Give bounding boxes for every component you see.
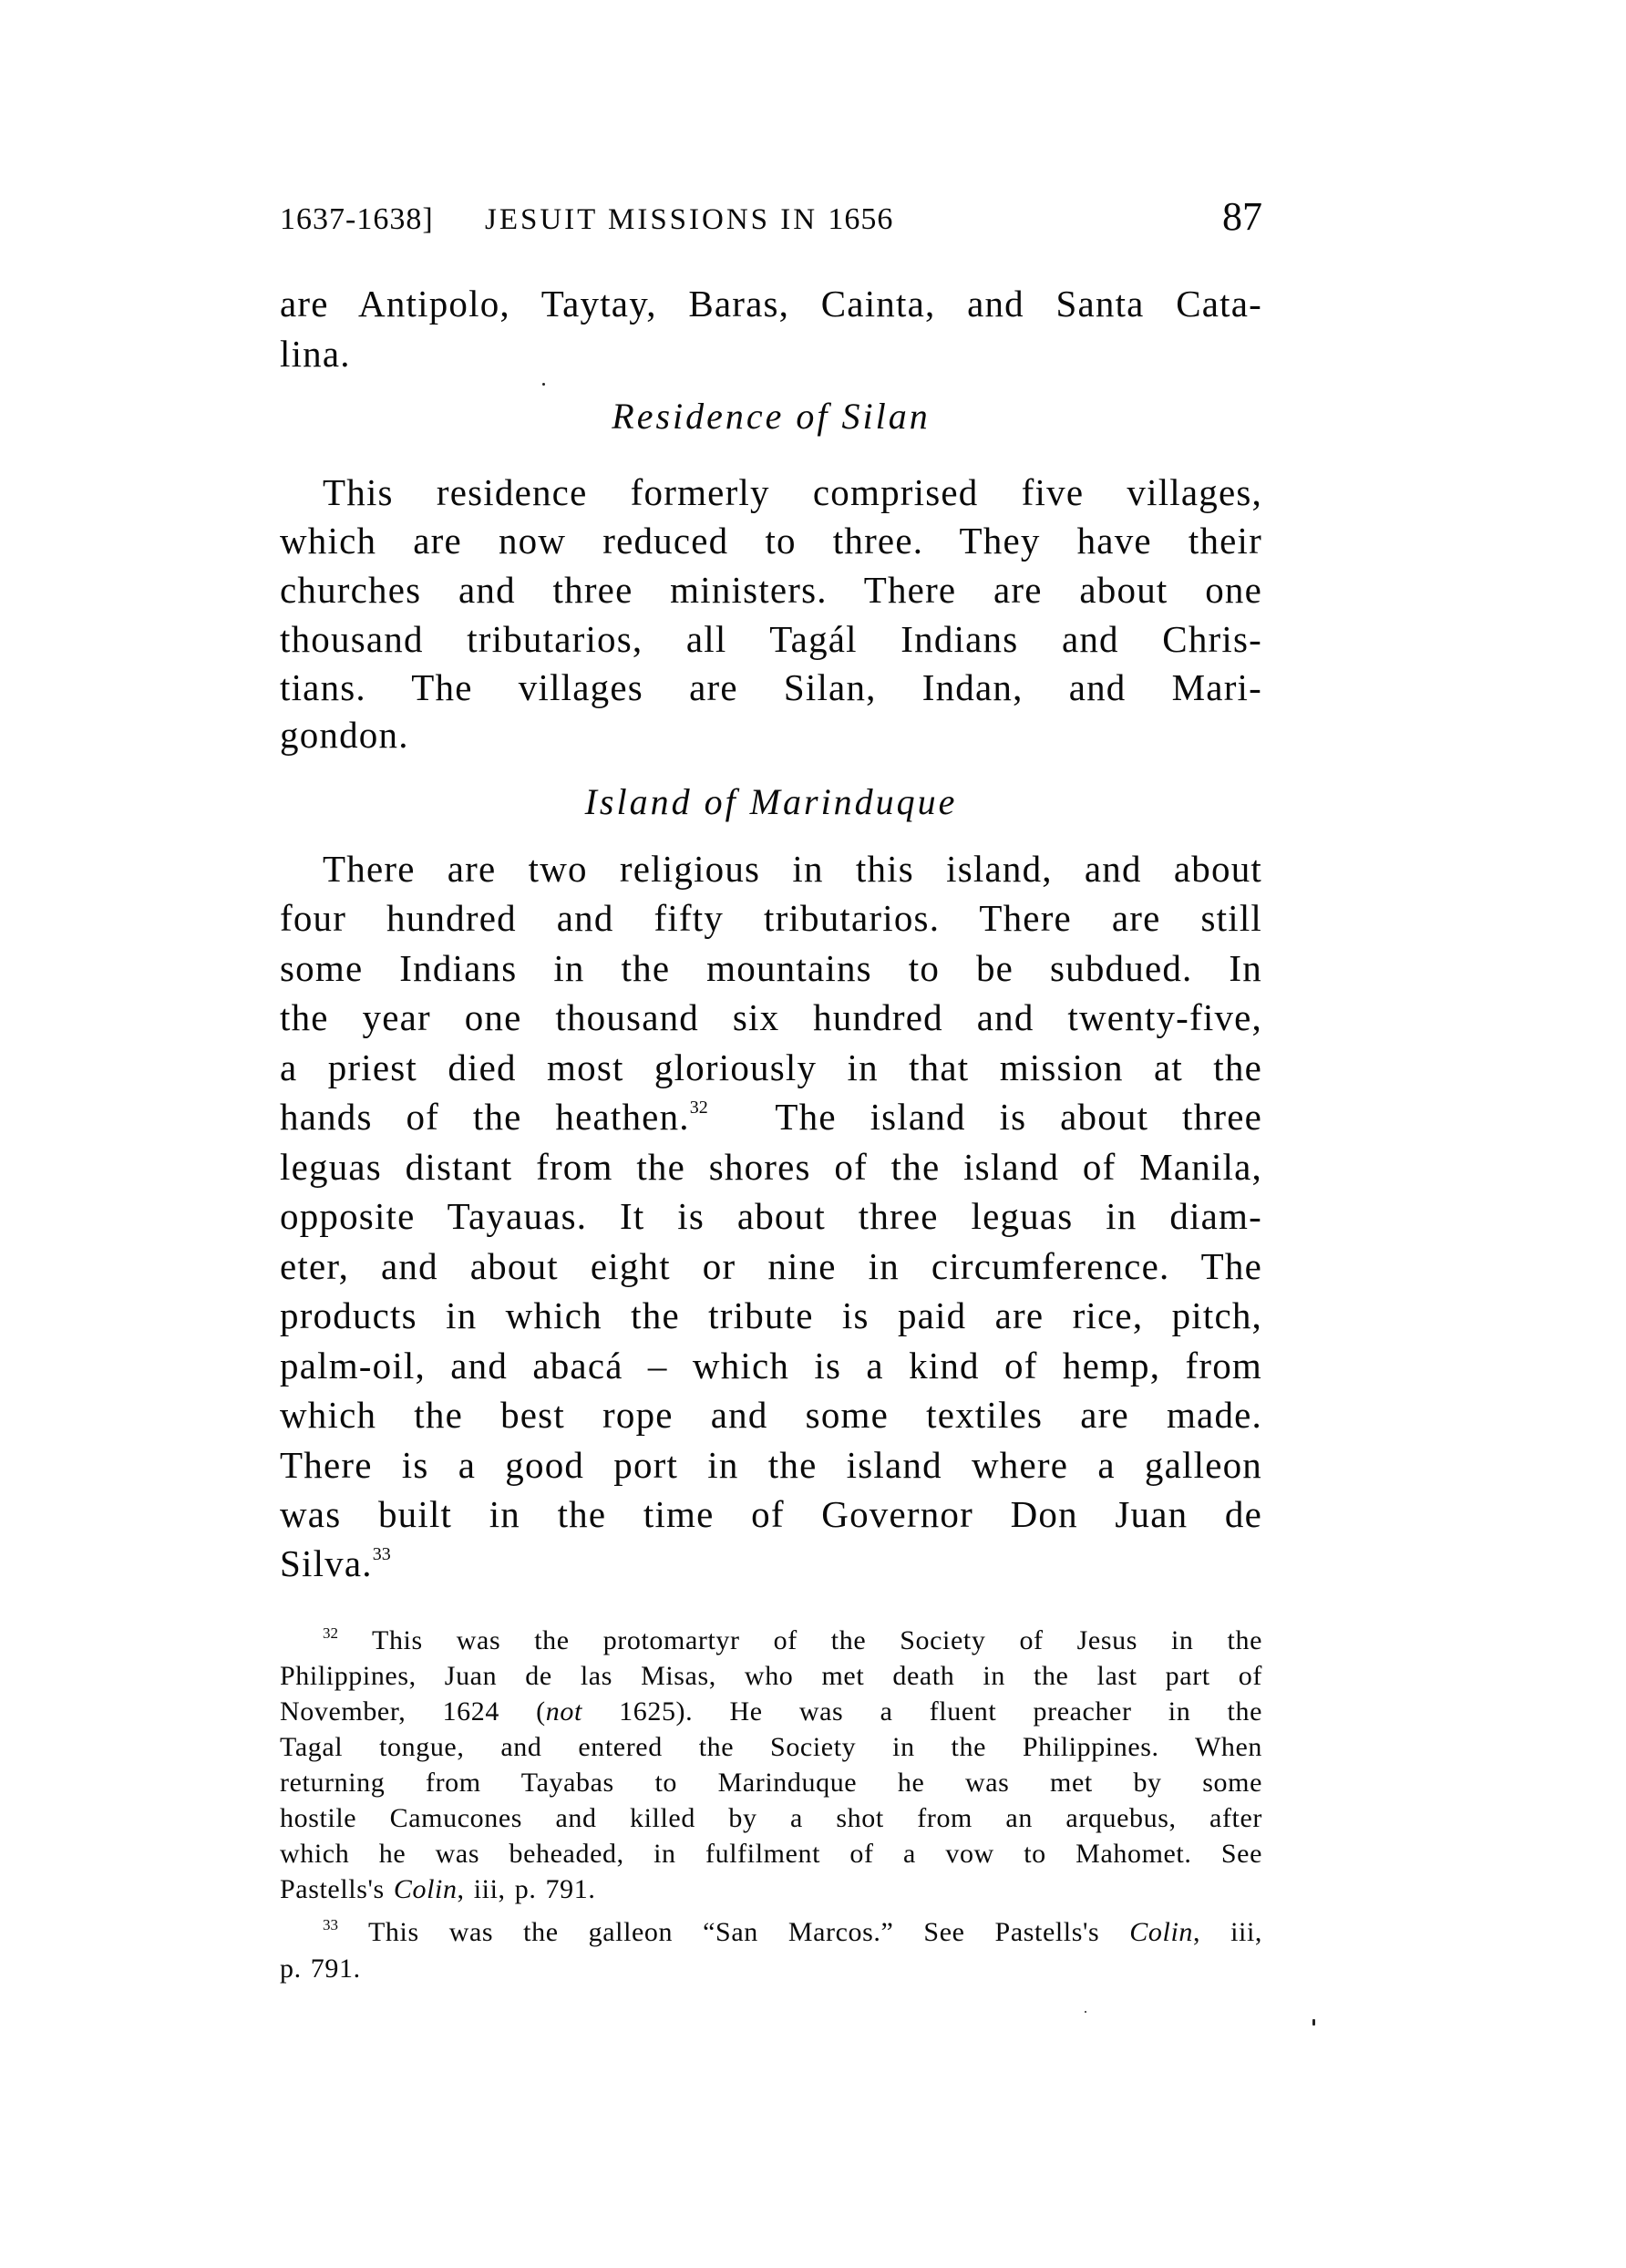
header-title-text: JESUIT MISSIONS IN (485, 203, 818, 236)
text-line: eter, and about eight or nine in circumf… (280, 1242, 1262, 1291)
text-span: November, 1624 ( (280, 1696, 546, 1727)
text-line: lina. (280, 329, 1262, 378)
footnote-32-line: which he was beheaded, in fulfilment of … (280, 1836, 1262, 1871)
text-span: hands of the heathen. (280, 1096, 690, 1138)
scan-speck (1312, 2019, 1315, 2026)
text-line: which are now reduced to three. They hav… (280, 516, 1262, 565)
text-line: are Antipolo, Taytay, Baras, Cainta, and… (280, 279, 1262, 328)
text-span: Silva. (280, 1542, 373, 1584)
running-header: 1637-1638] JESUIT MISSIONS IN 1656 87 (280, 193, 1262, 239)
text-line: There is a good port in the island where… (280, 1440, 1262, 1490)
header-title: JESUIT MISSIONS IN 1656 (485, 202, 893, 237)
text-span: This was the protomartyr of the Society … (372, 1625, 1262, 1655)
text-line: a priest died most gloriously in that mi… (280, 1043, 1262, 1092)
footnote-32-line: Philippines, Juan de las Misas, who met … (280, 1658, 1262, 1694)
text-line: products in which the tribute is paid ar… (280, 1291, 1262, 1340)
footnote-32-line: hostile Camucones and killed by a shot f… (280, 1800, 1262, 1836)
text-line: hands of the heathen.32 The island is ab… (280, 1092, 1262, 1141)
text-span: This was the galleon “San Marcos.” See P… (368, 1917, 1129, 1947)
text-line: tians. The villages are Silan, Indan, an… (280, 663, 1262, 712)
text-line: which the best rope and some textiles ar… (280, 1390, 1262, 1439)
footnote-33-line: p. 791. (280, 1951, 1262, 1986)
text-line: some Indians in the mountains to be subd… (280, 943, 1262, 993)
text-line: This residence formerly comprised five v… (323, 468, 1262, 517)
scan-speck (1085, 2011, 1086, 2013)
italic-span: Colin (394, 1874, 458, 1904)
italic-span: Colin (1129, 1917, 1193, 1947)
footnote-32-line: Tagal tongue, and entered the Society in… (280, 1729, 1262, 1765)
text-line: thousand tributarios, all Tagál Indians … (280, 614, 1262, 664)
text-line: was built in the time of Governor Don Ju… (280, 1490, 1262, 1539)
footnote-ref-32[interactable]: 32 (690, 1098, 708, 1118)
text-span: , iii, p. 791. (458, 1874, 596, 1904)
footnote-33-line: 33 This was the galleon “San Marcos.” Se… (323, 1914, 1262, 1950)
page-number: 87 (1222, 193, 1262, 240)
footnote-32-line: November, 1624 (not 1625). He was a flue… (280, 1694, 1262, 1729)
text-line: There are two religious in this island, … (323, 844, 1262, 893)
text-line: leguas distant from the shores of the is… (280, 1142, 1262, 1191)
text-span: , iii, (1193, 1917, 1262, 1947)
footnote-32-line: 32 This was the protomartyr of the Socie… (323, 1623, 1262, 1658)
text-line: palm-oil, and abacá – which is a kind of… (280, 1341, 1262, 1390)
footnote-32-line: returning from Tayabas to Marinduque he … (280, 1765, 1262, 1800)
text-line: four hundred and fifty tributarios. Ther… (280, 893, 1262, 943)
footnote-marker-33: 33 (323, 1916, 338, 1933)
text-span: The island is about three (775, 1096, 1262, 1138)
footnote-32-line: Pastells's Colin, iii, p. 791. (280, 1871, 1262, 1907)
italic-span: not (546, 1696, 582, 1727)
header-title-year: 1656 (828, 202, 893, 236)
text-line: Silva.33 (280, 1539, 1262, 1588)
footnote-ref-33[interactable]: 33 (373, 1544, 391, 1564)
footnote-marker-32: 32 (323, 1624, 338, 1642)
text-span: 1625). He was a fluent preacher in the (582, 1696, 1262, 1727)
text-line: gondon. (280, 710, 1262, 759)
scan-speck (542, 383, 545, 386)
text-line: the year one thousand six hundred and tw… (280, 993, 1262, 1042)
book-page: 1637-1638] JESUIT MISSIONS IN 1656 87 ar… (0, 0, 1626, 2268)
text-span: Pastells's (280, 1874, 394, 1904)
text-line: churches and three ministers. There are … (280, 565, 1262, 614)
section-heading: Island of Marinduque (280, 778, 1262, 827)
text-line: opposite Tayauas. It is about three legu… (280, 1191, 1262, 1241)
section-heading: Residence of Silan (280, 392, 1262, 441)
header-date-range: 1637-1638] (280, 202, 434, 237)
